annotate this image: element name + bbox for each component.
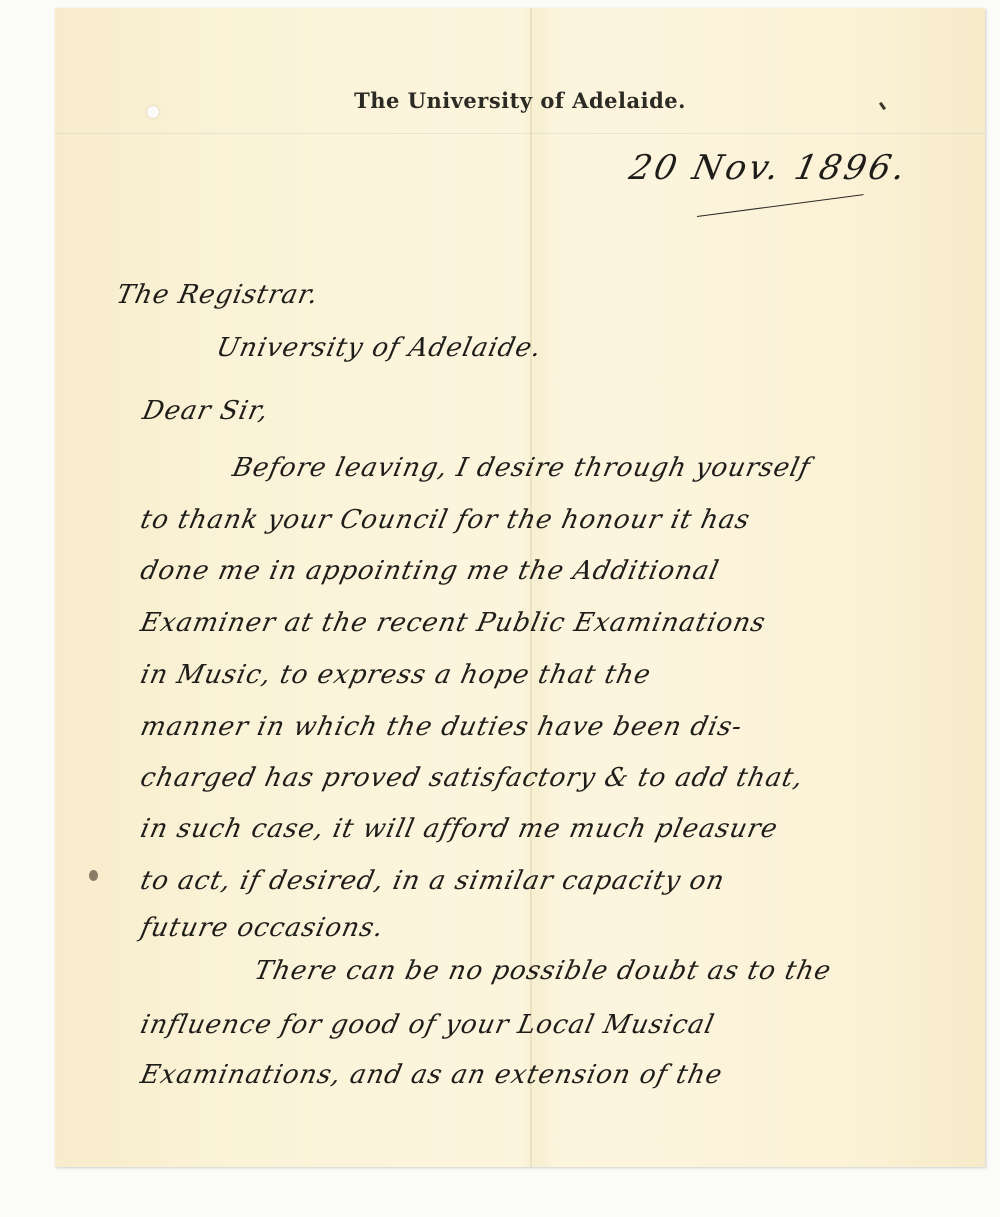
body-line-7: charged has proved satisfactory & to add… — [138, 763, 806, 793]
body-line-6: manner in which the duties have been dis… — [138, 712, 745, 742]
letter-date: 20 Nov. 1896. — [626, 148, 912, 188]
letterhead: The University of Adelaide. — [55, 88, 985, 113]
body-line-3: done me in appointing me the Additional — [138, 556, 722, 586]
body-line-9: to act, if desired, in a similar capacit… — [138, 866, 728, 896]
fold-crease-vertical — [530, 8, 532, 1167]
body-line-11: There can be no possible doubt as to the — [252, 956, 834, 986]
body-line-12: influence for good of your Local Musical — [138, 1010, 718, 1040]
body-line-13: Examinations, and as an extension of the — [138, 1060, 726, 1090]
letter-page: The University of Adelaide. 20 Nov. 1896… — [55, 8, 985, 1167]
body-line-2: to thank your Council for the honour it … — [138, 505, 753, 535]
date-underline — [697, 194, 864, 217]
addressee-line-1: The Registrar. — [114, 280, 322, 310]
fold-crease-horizontal — [55, 133, 985, 134]
salutation: Dear Sir, — [140, 396, 272, 426]
ink-spot-blemish — [89, 870, 98, 881]
body-line-5: in Music, to express a hope that the — [138, 660, 654, 690]
body-line-8: in such case, it will afford me much ple… — [138, 814, 781, 844]
body-line-4: Examiner at the recent Public Examinatio… — [138, 608, 769, 638]
addressee-line-2: University of Adelaide. — [214, 333, 545, 363]
body-line-1: Before leaving, I desire through yoursel… — [230, 453, 814, 483]
body-line-10: future occasions. — [138, 913, 387, 943]
